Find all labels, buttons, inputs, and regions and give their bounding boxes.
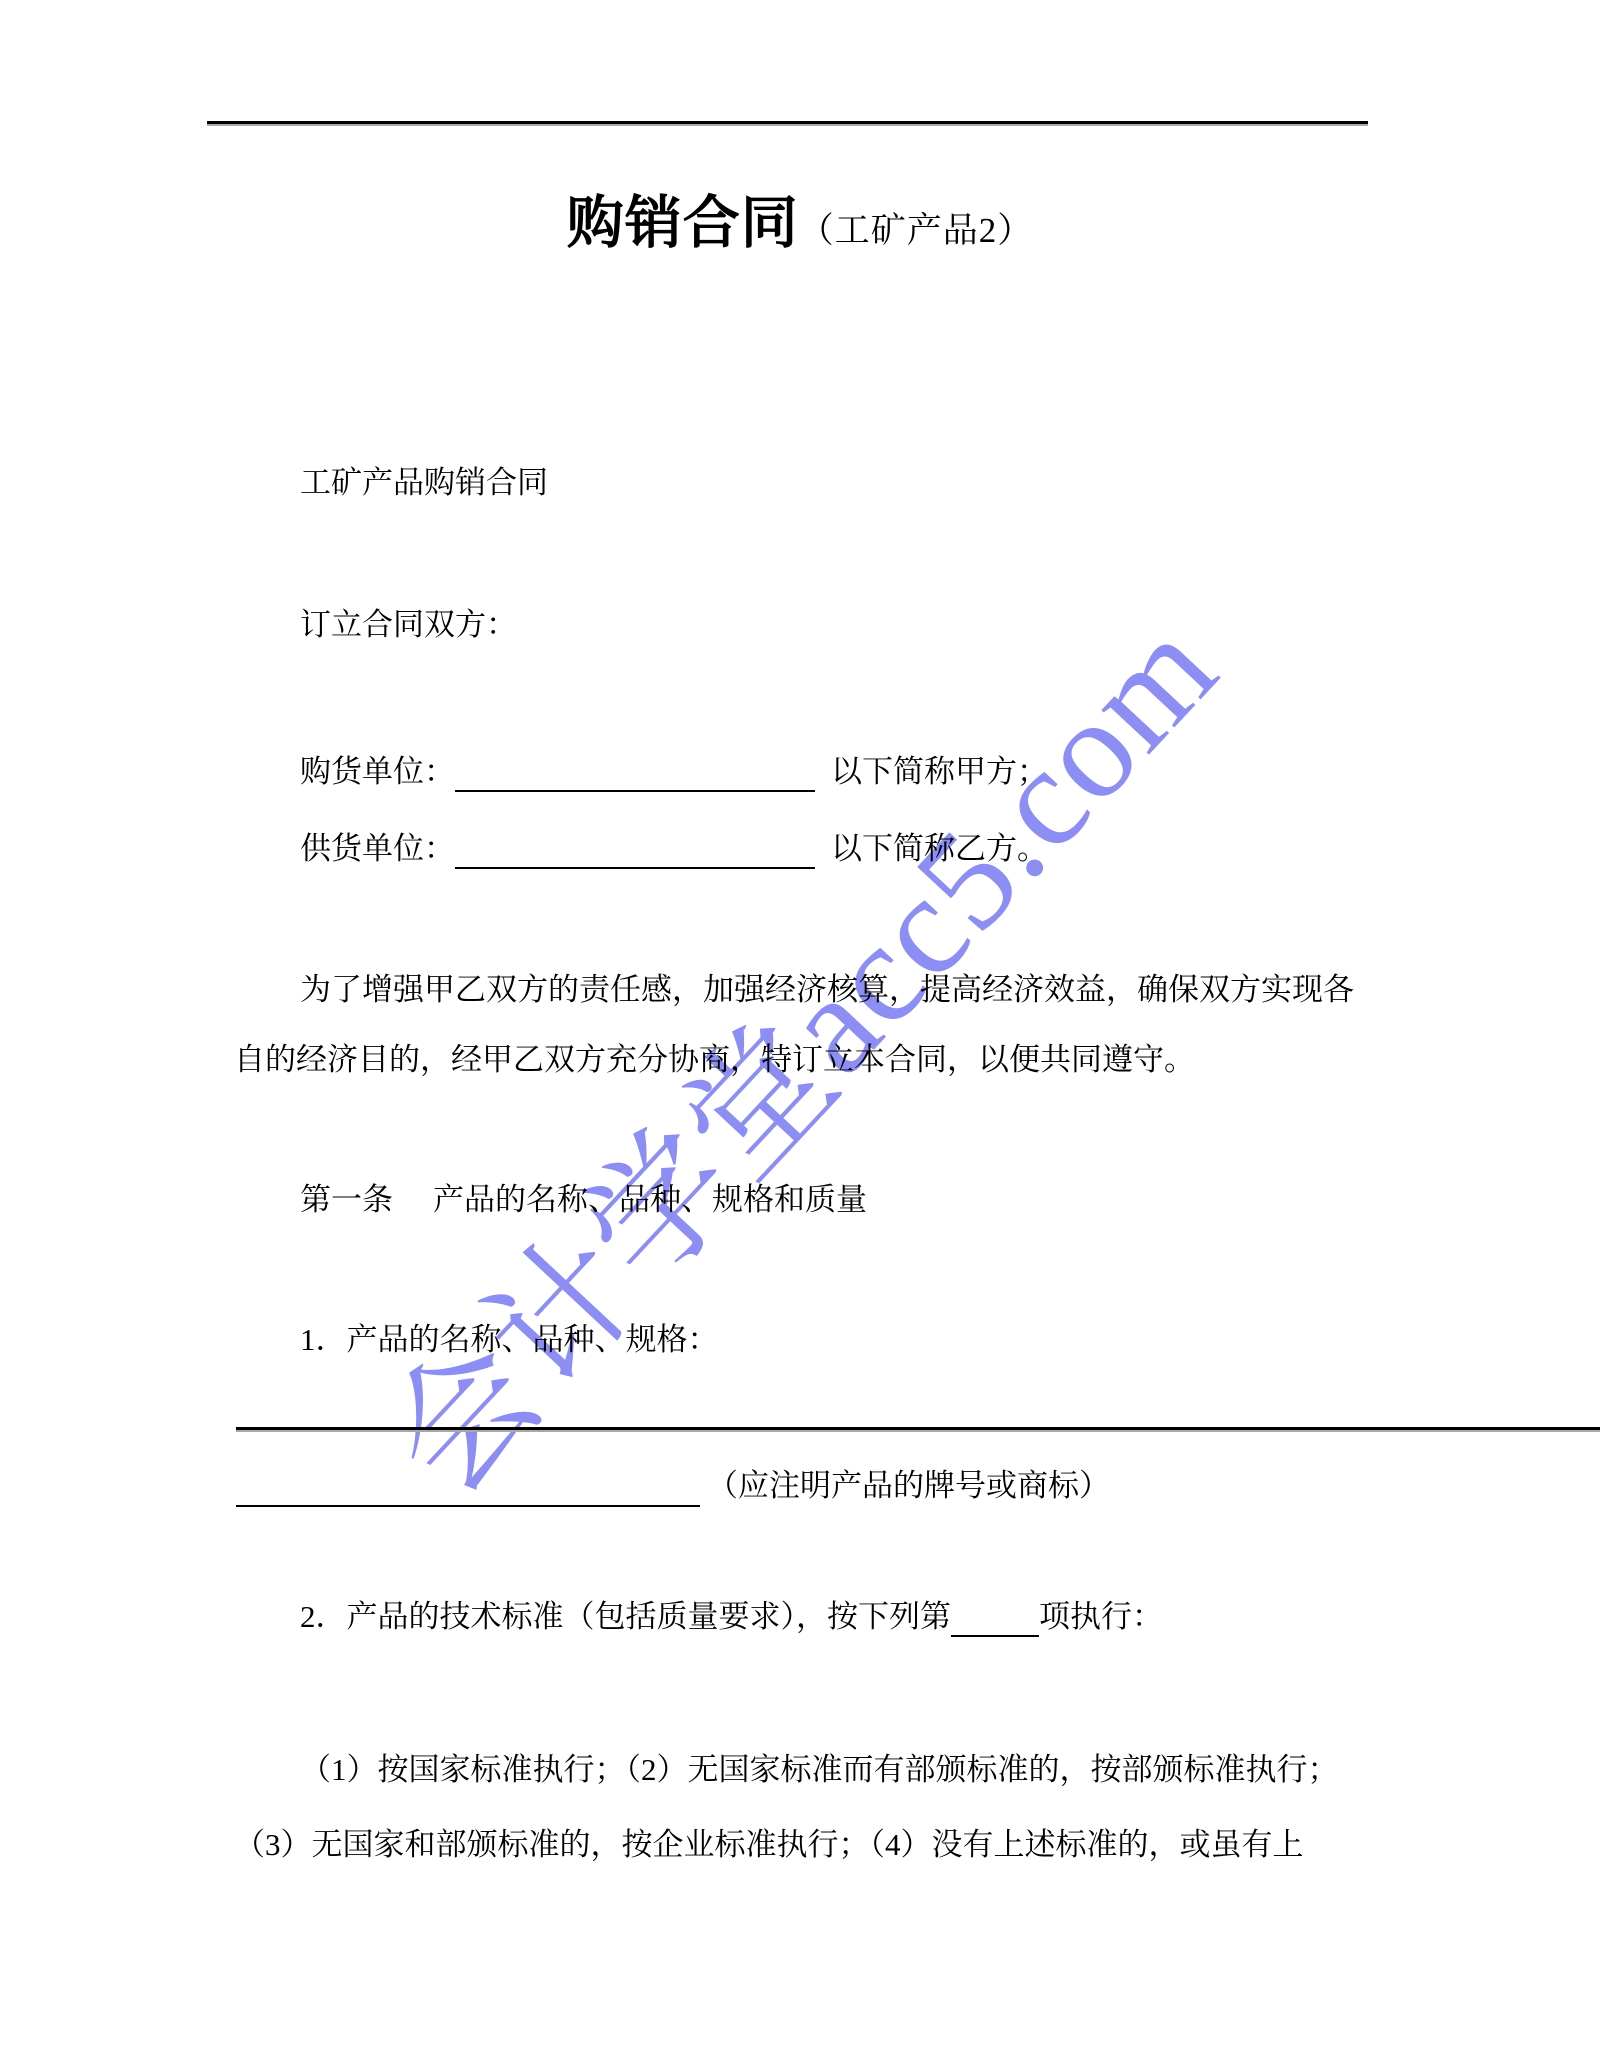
fill-in-rule-line: [236, 1427, 1600, 1432]
doc-heading: 工矿产品购销合同: [300, 463, 548, 503]
standards-line-2: （3）无国家和部颁标准的，按企业标准执行；（4）没有上述标准的，或虽有上: [234, 1825, 1304, 1865]
seller-label: 供货单位：: [300, 831, 455, 866]
document-title-main: 购销合同: [567, 191, 799, 255]
article-1-title: 产品的名称、品种、规格和质量: [433, 1182, 867, 1217]
seller-suffix: 以下简称乙方。: [831, 831, 1048, 866]
item-2-prefix: 2．产品的技术标准（包括质量要求），按下列第: [300, 1599, 951, 1634]
item-2-row: 2．产品的技术标准（包括质量要求），按下列第项执行：: [300, 1595, 1163, 1637]
item-1-text: 1．产品的名称、品种、规格：: [300, 1320, 719, 1360]
buyer-label: 购货单位：: [300, 754, 455, 789]
brand-note: （应注明产品的牌号或商标）: [707, 1468, 1110, 1503]
seller-row: 供货单位：以下简称乙方。: [300, 827, 1048, 869]
buyer-suffix: 以下简称甲方；: [831, 754, 1048, 789]
item-2-suffix: 项执行：: [1039, 1599, 1163, 1634]
buyer-row: 购货单位：以下简称甲方；: [300, 750, 1048, 792]
contract-document-page: 会计学堂acc5.com 购销合同（工矿产品2） 工矿产品购销合同 订立合同双方…: [0, 0, 1600, 2070]
preamble-line-1: 为了增强甲乙双方的责任感，加强经济核算，提高经济效益，确保双方实现各: [300, 970, 1354, 1010]
preamble-line-2: 自的经济目的，经甲乙双方充分协商，特订立本合同，以便共同遵守。: [234, 1040, 1195, 1080]
item-2-blank-line: [951, 1595, 1039, 1637]
parties-intro: 订立合同双方：: [300, 605, 517, 645]
article-1-number: 第一条: [300, 1182, 393, 1217]
document-title: 购销合同（工矿产品2）: [0, 190, 1600, 271]
standards-line-1: （1）按国家标准执行；（2）无国家标准而有部颁标准的，按部颁标准执行；: [300, 1750, 1339, 1790]
seller-blank-line: [455, 827, 815, 869]
buyer-blank-line: [455, 750, 815, 792]
header-divider-line: [207, 121, 1368, 126]
brand-note-row: （应注明产品的牌号或商标）: [236, 1463, 1110, 1507]
brand-blank-line: [236, 1463, 700, 1507]
document-title-sub: （工矿产品2）: [799, 211, 1034, 250]
article-1-heading: 第一条产品的名称、品种、规格和质量: [300, 1180, 867, 1220]
